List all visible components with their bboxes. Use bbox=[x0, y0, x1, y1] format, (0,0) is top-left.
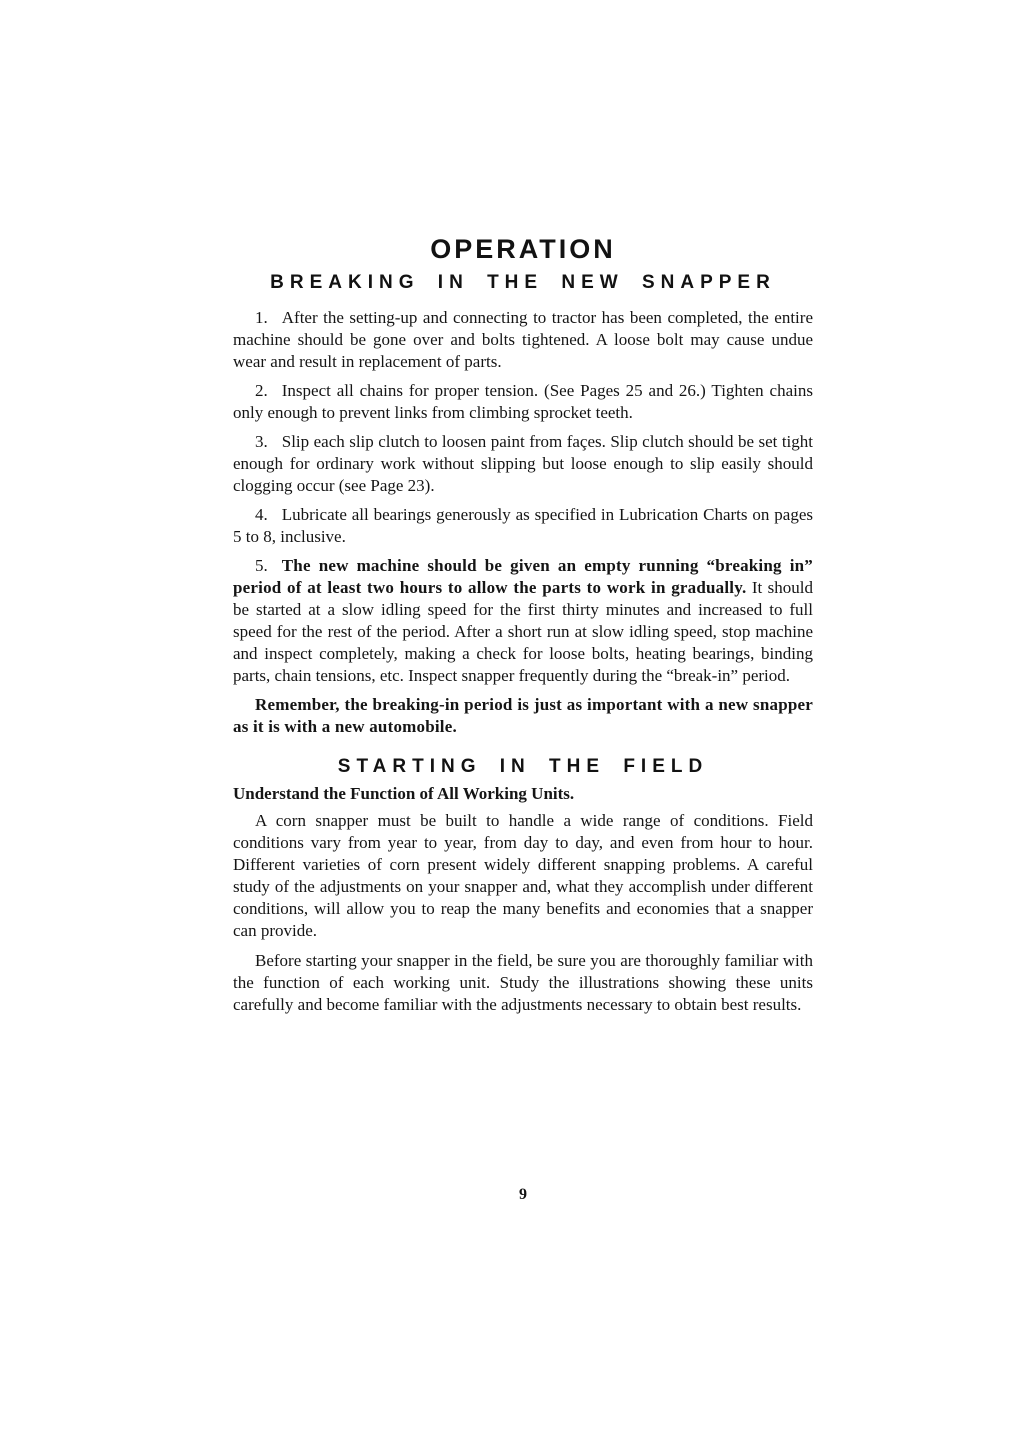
numbered-paragraph-2: 2.Inspect all chains for proper tension.… bbox=[233, 380, 813, 424]
numbered-paragraph-1: 1.After the setting-up and connecting to… bbox=[233, 307, 813, 373]
section-heading-starting-in-field: STARTING IN THE FIELD bbox=[233, 756, 813, 777]
body-paragraph-before-starting: Before starting your snapper in the fiel… bbox=[233, 950, 813, 1016]
paragraph-number: 3. bbox=[255, 432, 282, 451]
page-title: OPERATION bbox=[233, 236, 813, 263]
bold-lead-text: The new machine should be given an empty… bbox=[233, 556, 813, 597]
paragraph-text: After the setting-up and connecting to t… bbox=[233, 308, 813, 371]
numbered-paragraph-5: 5.The new machine should be given an emp… bbox=[233, 555, 813, 687]
paragraph-number: 5. bbox=[255, 556, 282, 575]
body-paragraph-conditions: A corn snapper must be built to handle a… bbox=[233, 810, 813, 942]
manual-page: OPERATION BREAKING IN THE NEW SNAPPER 1.… bbox=[233, 0, 813, 1016]
paragraph-text: Slip each slip clutch to loosen paint fr… bbox=[233, 432, 813, 495]
paragraph-number: 4. bbox=[255, 505, 282, 524]
paragraph-text: Inspect all chains for proper tension. (… bbox=[233, 381, 813, 422]
paragraph-text: Lubricate all bearings generously as spe… bbox=[233, 505, 813, 546]
paragraph-number: 1. bbox=[255, 308, 282, 327]
paragraph-number: 2. bbox=[255, 381, 282, 400]
numbered-paragraph-4: 4.Lubricate all bearings generously as s… bbox=[233, 504, 813, 548]
subheading-working-units: Understand the Function of All Working U… bbox=[233, 783, 813, 805]
remember-note: Remember, the breaking-in period is just… bbox=[233, 694, 813, 738]
page-number: 9 bbox=[233, 1186, 813, 1204]
section-heading-breaking-in: BREAKING IN THE NEW SNAPPER bbox=[233, 273, 813, 293]
numbered-paragraph-3: 3.Slip each slip clutch to loosen paint … bbox=[233, 431, 813, 497]
